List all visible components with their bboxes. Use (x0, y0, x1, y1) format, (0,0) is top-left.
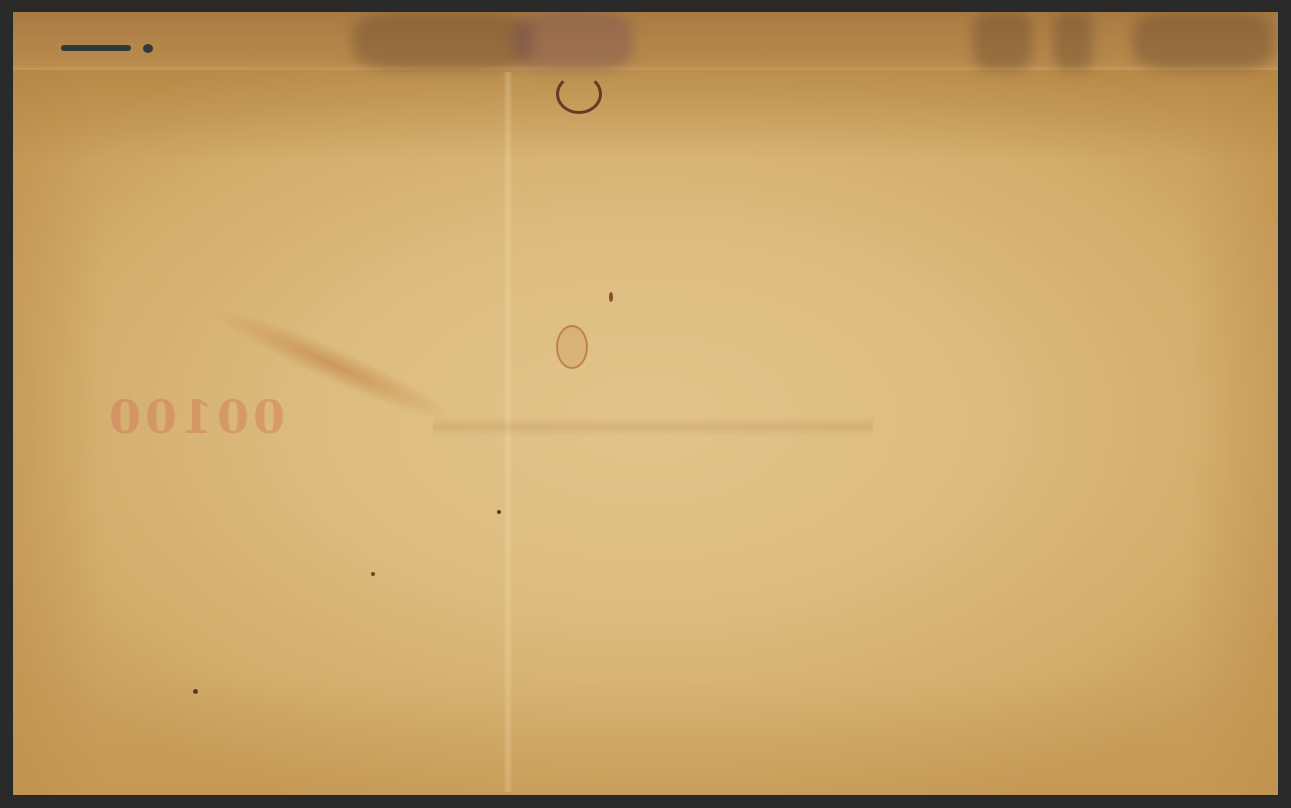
top-hinge-tape (13, 12, 1278, 70)
ink-mark (61, 45, 131, 51)
tape-stain (353, 12, 533, 70)
speck (609, 292, 613, 302)
bottom-edge-stain (13, 675, 1278, 795)
horizontal-crease (433, 417, 873, 437)
oval-stain (556, 325, 588, 369)
stain-ring (556, 74, 602, 114)
top-discoloration (13, 70, 1278, 160)
tape-stain (1133, 12, 1273, 70)
serial-number-show-through: 00100 (105, 390, 285, 444)
paper-note-back: 00100 (13, 12, 1278, 795)
tape-stain (1053, 12, 1093, 70)
tape-stain (513, 12, 633, 70)
ink-dot (143, 44, 153, 53)
tape-stain (973, 12, 1033, 70)
speck (371, 572, 375, 576)
speck (497, 510, 501, 514)
speck (193, 689, 198, 694)
